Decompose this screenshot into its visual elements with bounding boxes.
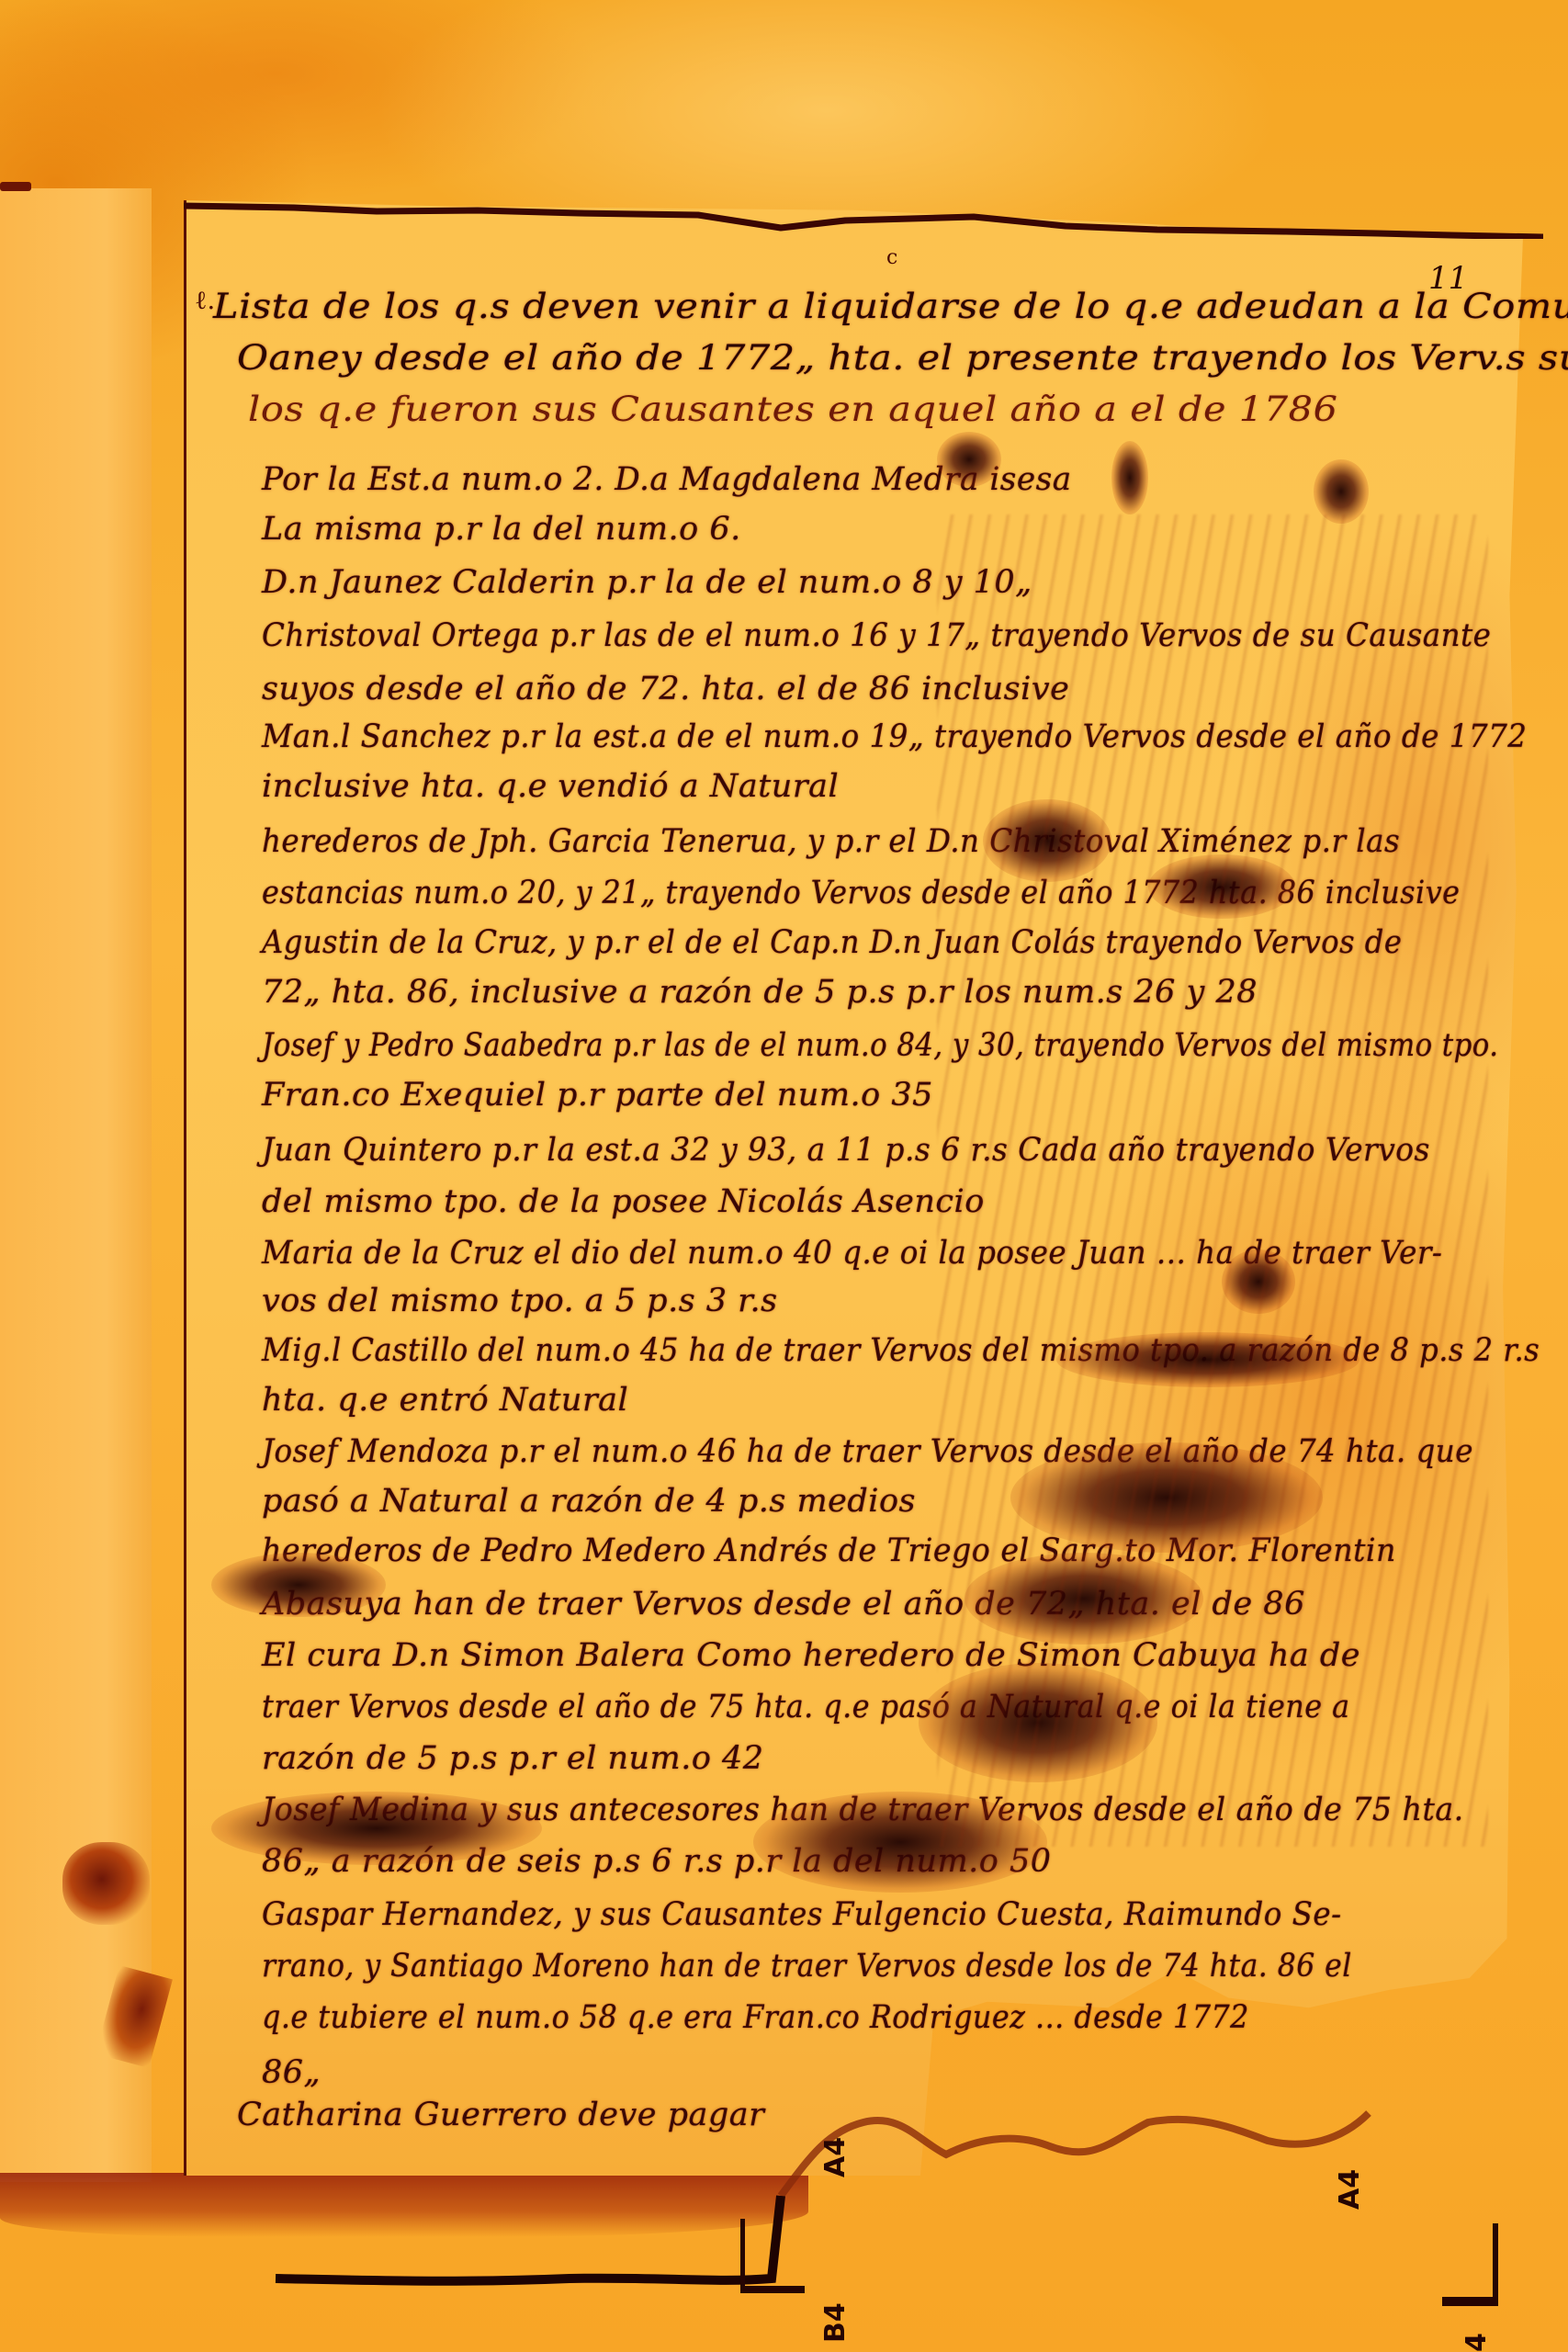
entry-line: inclusive hta. q.e vendió a Natural — [262, 768, 839, 805]
ink-blot — [937, 432, 1001, 487]
heading-line: los q.e fueron sus Causantes en aquel añ… — [248, 390, 1338, 429]
ink-blot — [211, 1792, 542, 1865]
entry-line: del mismo tpo. de la posee Nicolás Asenc… — [262, 1183, 985, 1220]
entry-line: Catharina Guerrero deve pagar — [237, 2097, 764, 2133]
entry-line: razón de 5 p.s p.r el num.o 42 — [262, 1740, 764, 1777]
margin-mark-top: c — [886, 246, 897, 269]
entry-line: Fran.co Exequiel p.r parte del num.o 35 — [262, 1077, 933, 1114]
archive-label-a4: A4 — [819, 2137, 852, 2177]
corner-marker-left — [740, 2286, 805, 2293]
stain-mark — [62, 1842, 150, 1925]
heading-line: Oaney desde el año de 1772„ hta. el pres… — [237, 338, 1568, 378]
heading-line: Lista de los q.s deven venir a liquidars… — [213, 287, 1568, 326]
margin-mark-heading: ℓ. — [195, 285, 215, 316]
entry-line: pasó a Natural a razón de 4 p.s medios — [262, 1483, 916, 1520]
page-top-edge — [184, 202, 1543, 239]
entry-line: vos del mismo tpo. a 5 p.s 3 r.s — [262, 1283, 778, 1319]
entry-line: 86„ — [262, 2054, 321, 2091]
entry-line: hta. q.e entró Natural — [262, 1382, 628, 1419]
facing-page-edge — [0, 182, 31, 191]
ink-blot — [1111, 441, 1148, 514]
entry-line: rrano, y Santiago Moreno han de traer Ve… — [262, 1948, 1352, 1984]
ink-bleed-through — [937, 514, 1488, 1847]
archive-label-a4: A4 — [1334, 2169, 1366, 2210]
entry-line: La misma p.r la del num.o 6. — [262, 511, 741, 548]
entry-line: Gaspar Hernandez, y sus Causantes Fulgen… — [262, 1896, 1342, 1933]
corner-marker-left — [740, 2219, 745, 2290]
corner-marker-right — [1442, 2297, 1498, 2306]
corner-marker-right — [1493, 2223, 1498, 2302]
entry-line: D.n Jaunez Calderin p.r la de el num.o 8… — [262, 564, 1032, 601]
archive-label-b4: B4 — [819, 2302, 852, 2343]
ink-blot — [211, 1553, 386, 1617]
entry-line: q.e tubiere el num.o 58 q.e era Fran.co … — [262, 1999, 1249, 2036]
archive-label-partial: 4 — [1461, 2333, 1493, 2352]
